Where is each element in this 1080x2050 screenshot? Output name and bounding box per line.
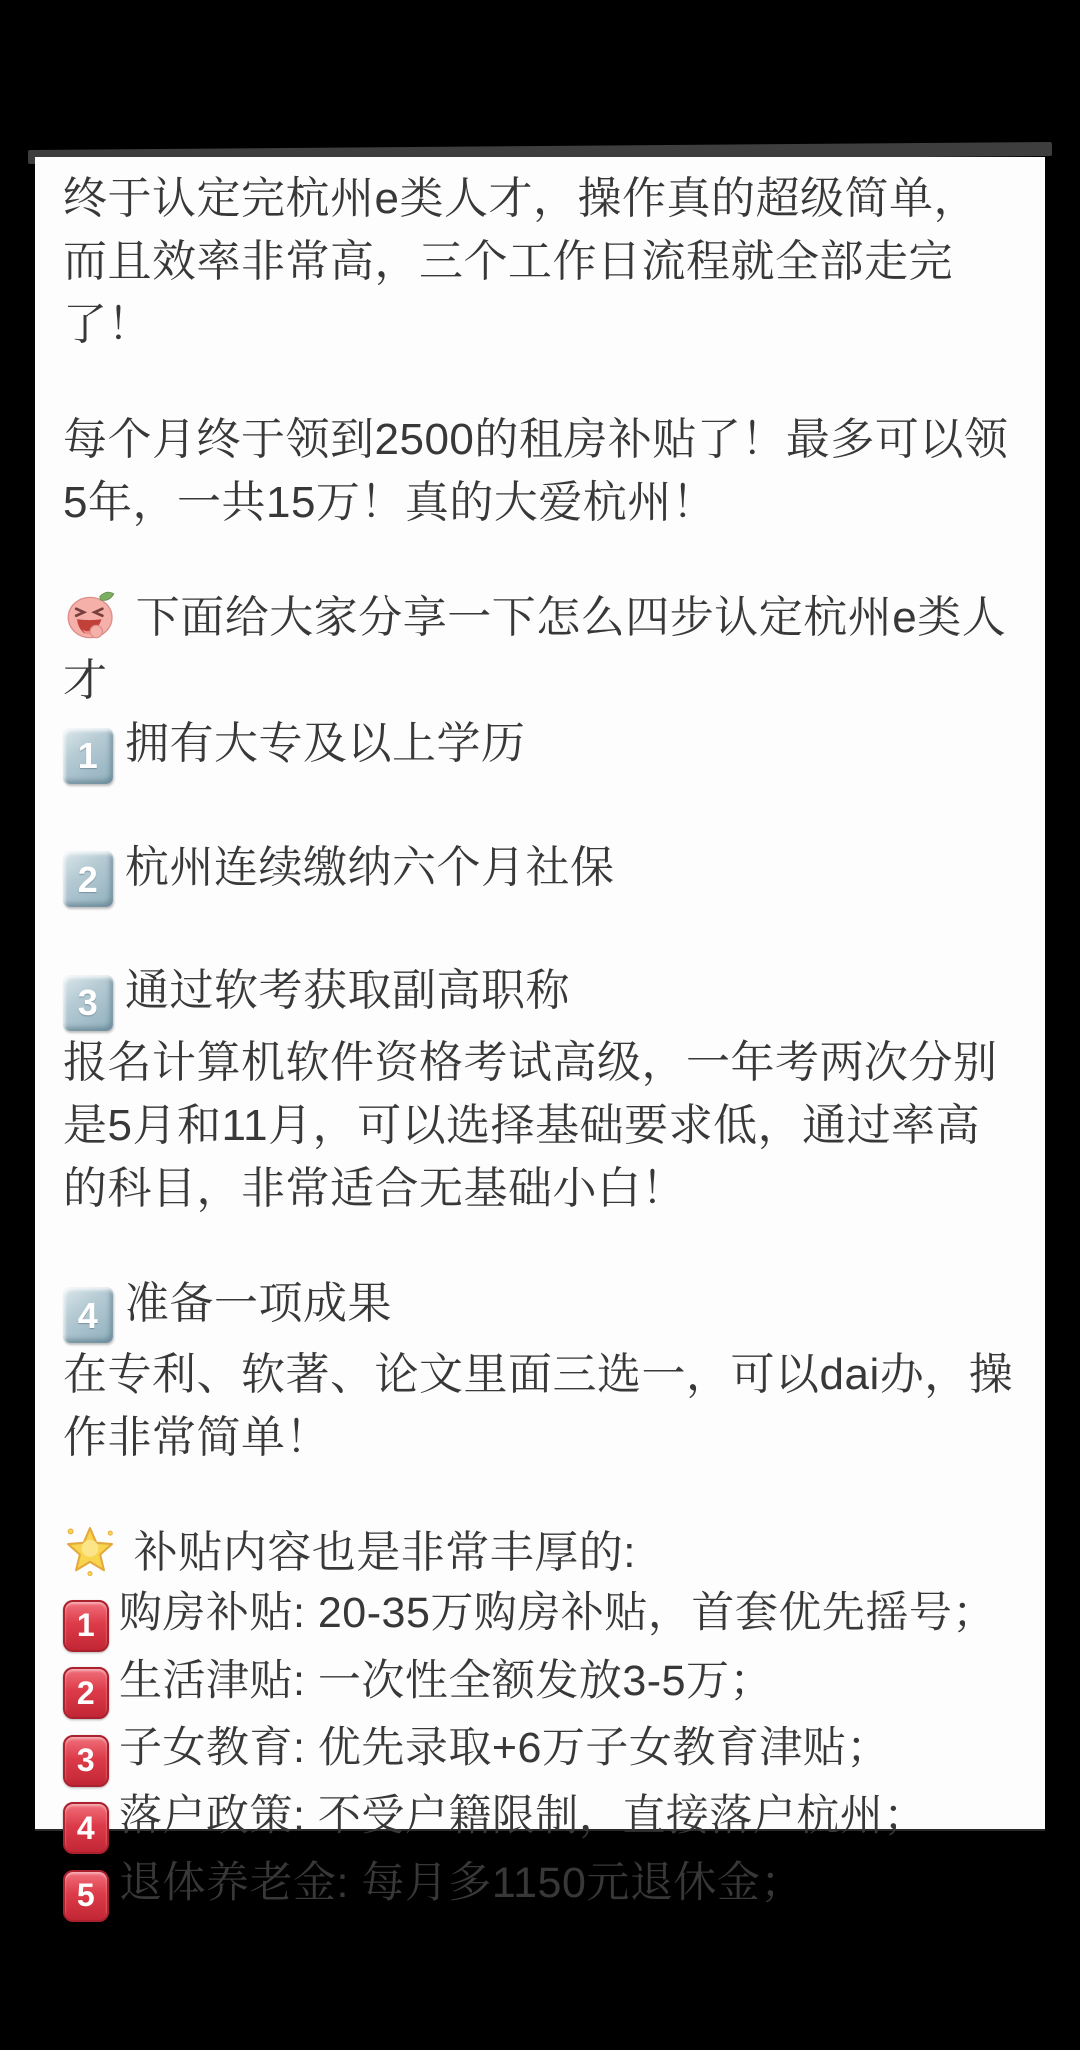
benefits-header-text: 补贴内容也是非常丰厚的: <box>134 1528 636 1577</box>
benefit-5-keycap-badge: 5 <box>63 1870 109 1922</box>
step-4-description: 在专利、软著、论文里面三选一，可以dai办，操作非常简单！ <box>63 1343 1019 1469</box>
benefit-2-keycap-badge: 2 <box>63 1667 109 1719</box>
intro-paragraph-2: 每个月终于领到2500的租房补贴了！最多可以领5年，一共15万！真的大爱杭州！ <box>63 408 1019 534</box>
benefit-4-text: 落户政策: 不受户籍限制，直接落户杭州； <box>119 1792 927 1840</box>
step-3: 3通过软考获取副高职称 报名计算机软件资格考试高级，一年考两次分别是5月和11月… <box>63 959 1019 1220</box>
step-3-keycap-badge: 3 <box>63 975 113 1031</box>
post-card: 终于认定完杭州e类人才，操作真的超级简单，而且效率非常高，三个工作日流程就全部走… <box>35 157 1045 1829</box>
step-4-title: 准备一项成果 <box>125 1279 392 1328</box>
benefit-3-text: 子女教育: 优先录取+6万子女教育津贴； <box>119 1724 890 1772</box>
step-1-title: 拥有大专及以上学历 <box>125 719 526 768</box>
benefit-item-2: 2生活津贴: 一次性全额发放3-5万； <box>63 1652 1019 1720</box>
benefit-item-3: 3子女教育: 优先录取+6万子女教育津贴； <box>63 1719 1019 1787</box>
benefit-4-keycap-badge: 4 <box>63 1802 109 1854</box>
benefits-header: 补贴内容也是非常丰厚的: <box>63 1521 1019 1584</box>
step-4: 4准备一项成果 在专利、软著、论文里面三选一，可以dai办，操作非常简单！ <box>63 1272 1019 1470</box>
step-1-keycap-badge: 1 <box>63 728 113 784</box>
benefit-1-keycap-badge: 1 <box>63 1600 109 1652</box>
step-2-keycap-badge: 2 <box>63 851 113 907</box>
benefit-item-1: 1购房补贴: 20-35万购房补贴，首套优先摇号； <box>63 1584 1019 1652</box>
laughing-peach-emoji <box>63 586 119 642</box>
step-4-keycap-badge: 4 <box>63 1287 113 1343</box>
share-header: 下面给大家分享一下怎么四步认定杭州e类人才 <box>63 586 1019 712</box>
share-header-text: 下面给大家分享一下怎么四步认定杭州e类人才 <box>63 593 1006 705</box>
step-3-title: 通过软考获取副高职称 <box>125 966 570 1015</box>
benefit-item-4: 4落户政策: 不受户籍限制，直接落户杭州； <box>63 1787 1019 1855</box>
glowing-star-emoji <box>63 1523 117 1577</box>
step-3-description: 报名计算机软件资格考试高级，一年考两次分别是5月和11月，可以选择基础要求低，通… <box>63 1031 1019 1220</box>
benefit-5-text: 退体养老金: 每月多1150元退休金； <box>119 1859 804 1907</box>
intro-paragraph-1: 终于认定完杭州e类人才，操作真的超级简单，而且效率非常高，三个工作日流程就全部走… <box>63 167 1019 356</box>
benefit-1-text: 购房补贴: 20-35万购房补贴，首套优先摇号； <box>119 1589 996 1637</box>
benefits-section: 补贴内容也是非常丰厚的: 1购房补贴: 20-35万购房补贴，首套优先摇号； 2… <box>63 1521 1019 1922</box>
step-2-title: 杭州连续缴纳六个月社保 <box>125 843 615 892</box>
screenshot-stage: 终于认定完杭州e类人才，操作真的超级简单，而且效率非常高，三个工作日流程就全部走… <box>0 0 1080 2050</box>
step-1: 1拥有大专及以上学历 <box>63 712 1019 784</box>
benefit-2-text: 生活津贴: 一次性全额发放3-5万； <box>119 1657 773 1705</box>
benefit-3-keycap-badge: 3 <box>63 1735 109 1787</box>
step-2: 2杭州连续缴纳六个月社保 <box>63 836 1019 908</box>
benefit-item-5: 5退体养老金: 每月多1150元退休金； <box>63 1854 1019 1922</box>
